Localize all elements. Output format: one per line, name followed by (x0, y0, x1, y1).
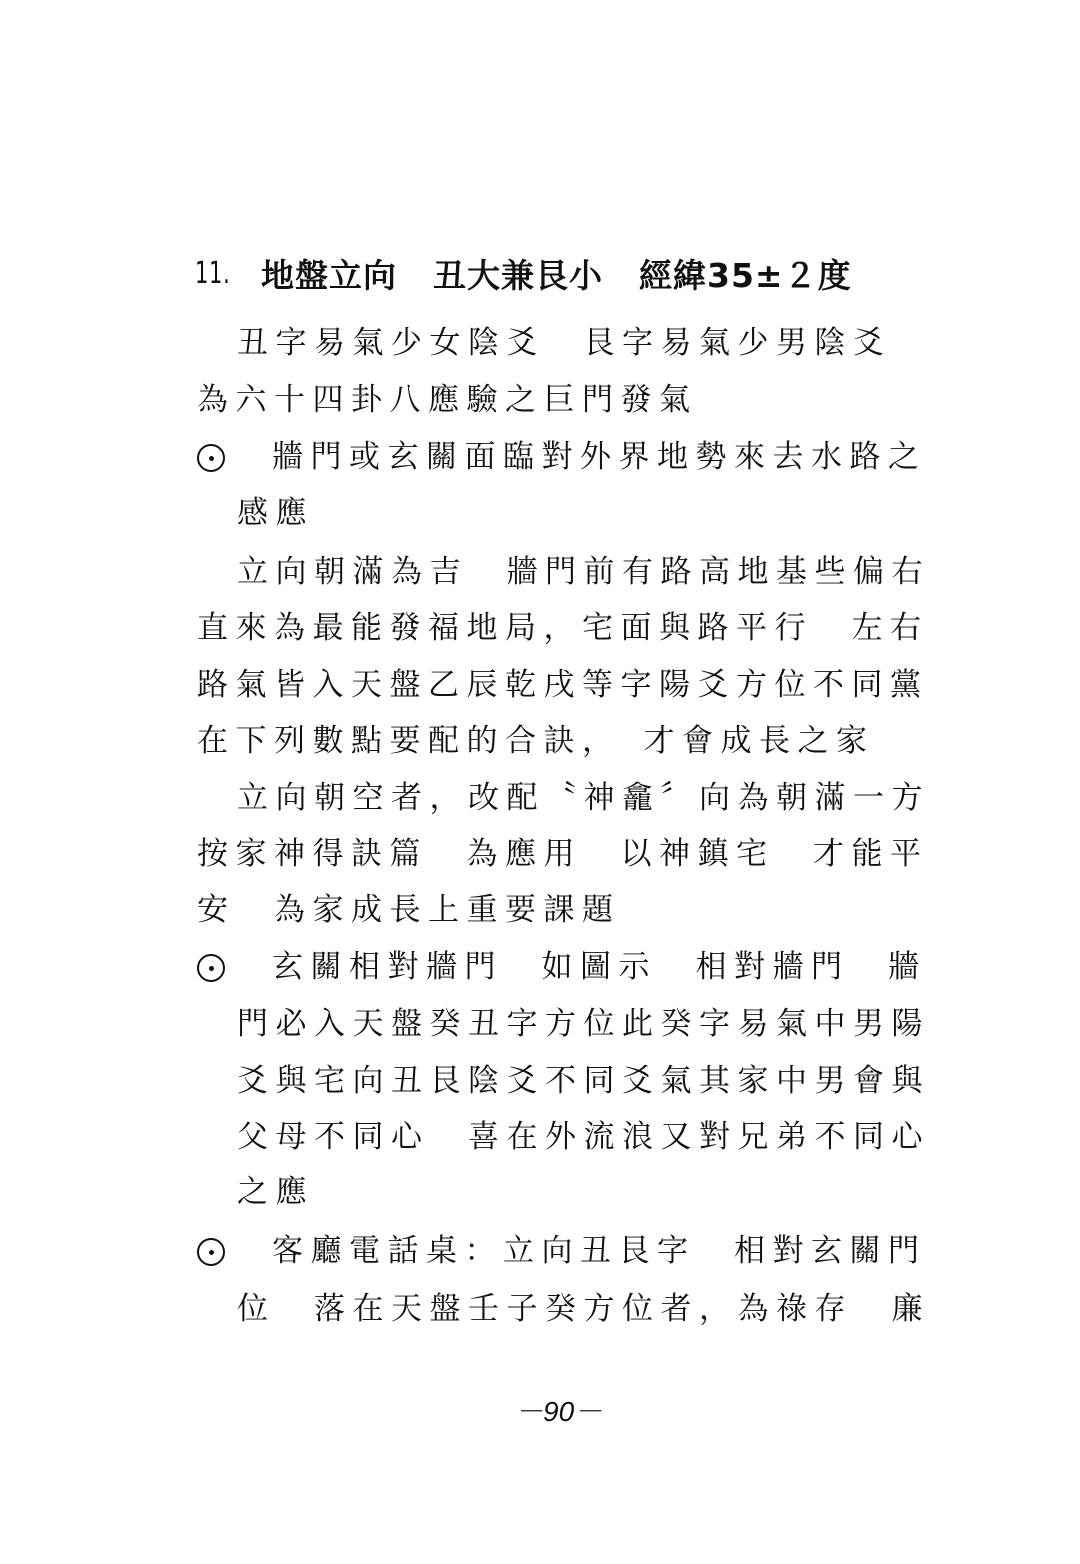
section-number: 11. (195, 256, 223, 291)
section-heading: 11. 地盤立向 丑大兼艮小 經緯35±２度 (195, 248, 852, 298)
text-line: 丑字易氣少女陰爻 艮字易氣少男陰爻 (237, 323, 892, 363)
text-line: 感應 (237, 493, 314, 533)
text-line: 路氣皆入天盤乙辰乾戌等字陽爻方位不同黨 (197, 665, 929, 705)
heading-part-2: 丑大兼艮小 (433, 250, 603, 297)
circle-dot-bullet-icon (197, 444, 225, 472)
text-line: 爻與宅向丑艮陰爻不同爻氣其家中男會與 (237, 1061, 930, 1101)
text-line: 安 為家成長上重要課題 (197, 890, 621, 930)
text-line: 在下列數點要配的合訣， 才會成長之家 (197, 721, 875, 761)
text-line: 立向朝空者，改配〝神龕〞向為朝滿一方 (237, 778, 930, 818)
text-line: 直來為最能發福地局，宅面與路平行 左右 (197, 608, 929, 648)
text-line: 客廳電話桌：立向丑艮字 相對玄關門 (272, 1231, 927, 1271)
text-line: 為六十四卦八應驗之巨門發氣 (197, 380, 698, 420)
text-line: 按家神得訣篇 為應用 以神鎮宅 才能平 (197, 834, 929, 874)
heading-part-3: 經緯35±２度 (639, 250, 852, 297)
circle-dot-bullet-icon (197, 954, 225, 982)
text-line: 位 落在天盤壬子癸方位者，為祿存 廉 (237, 1289, 930, 1329)
text-line: 立向朝滿為吉 牆門前有路高地基些偏右 (237, 552, 930, 592)
circle-dot-bullet-icon (197, 1238, 225, 1266)
text-line: 牆門或玄關面臨對外界地勢來去水路之 (272, 437, 927, 477)
page-number: －90－ (515, 1390, 602, 1430)
text-line: 玄關相對牆門 如圖示 相對牆門 牆 (272, 947, 927, 987)
text-line: 門必入天盤癸丑字方位此癸字易氣中男陽 (237, 1004, 930, 1044)
heading-part-1: 地盤立向 (261, 250, 397, 297)
text-line: 父母不同心 喜在外流浪又對兄弟不同心 (237, 1117, 930, 1157)
text-line: 之應 (237, 1172, 314, 1212)
